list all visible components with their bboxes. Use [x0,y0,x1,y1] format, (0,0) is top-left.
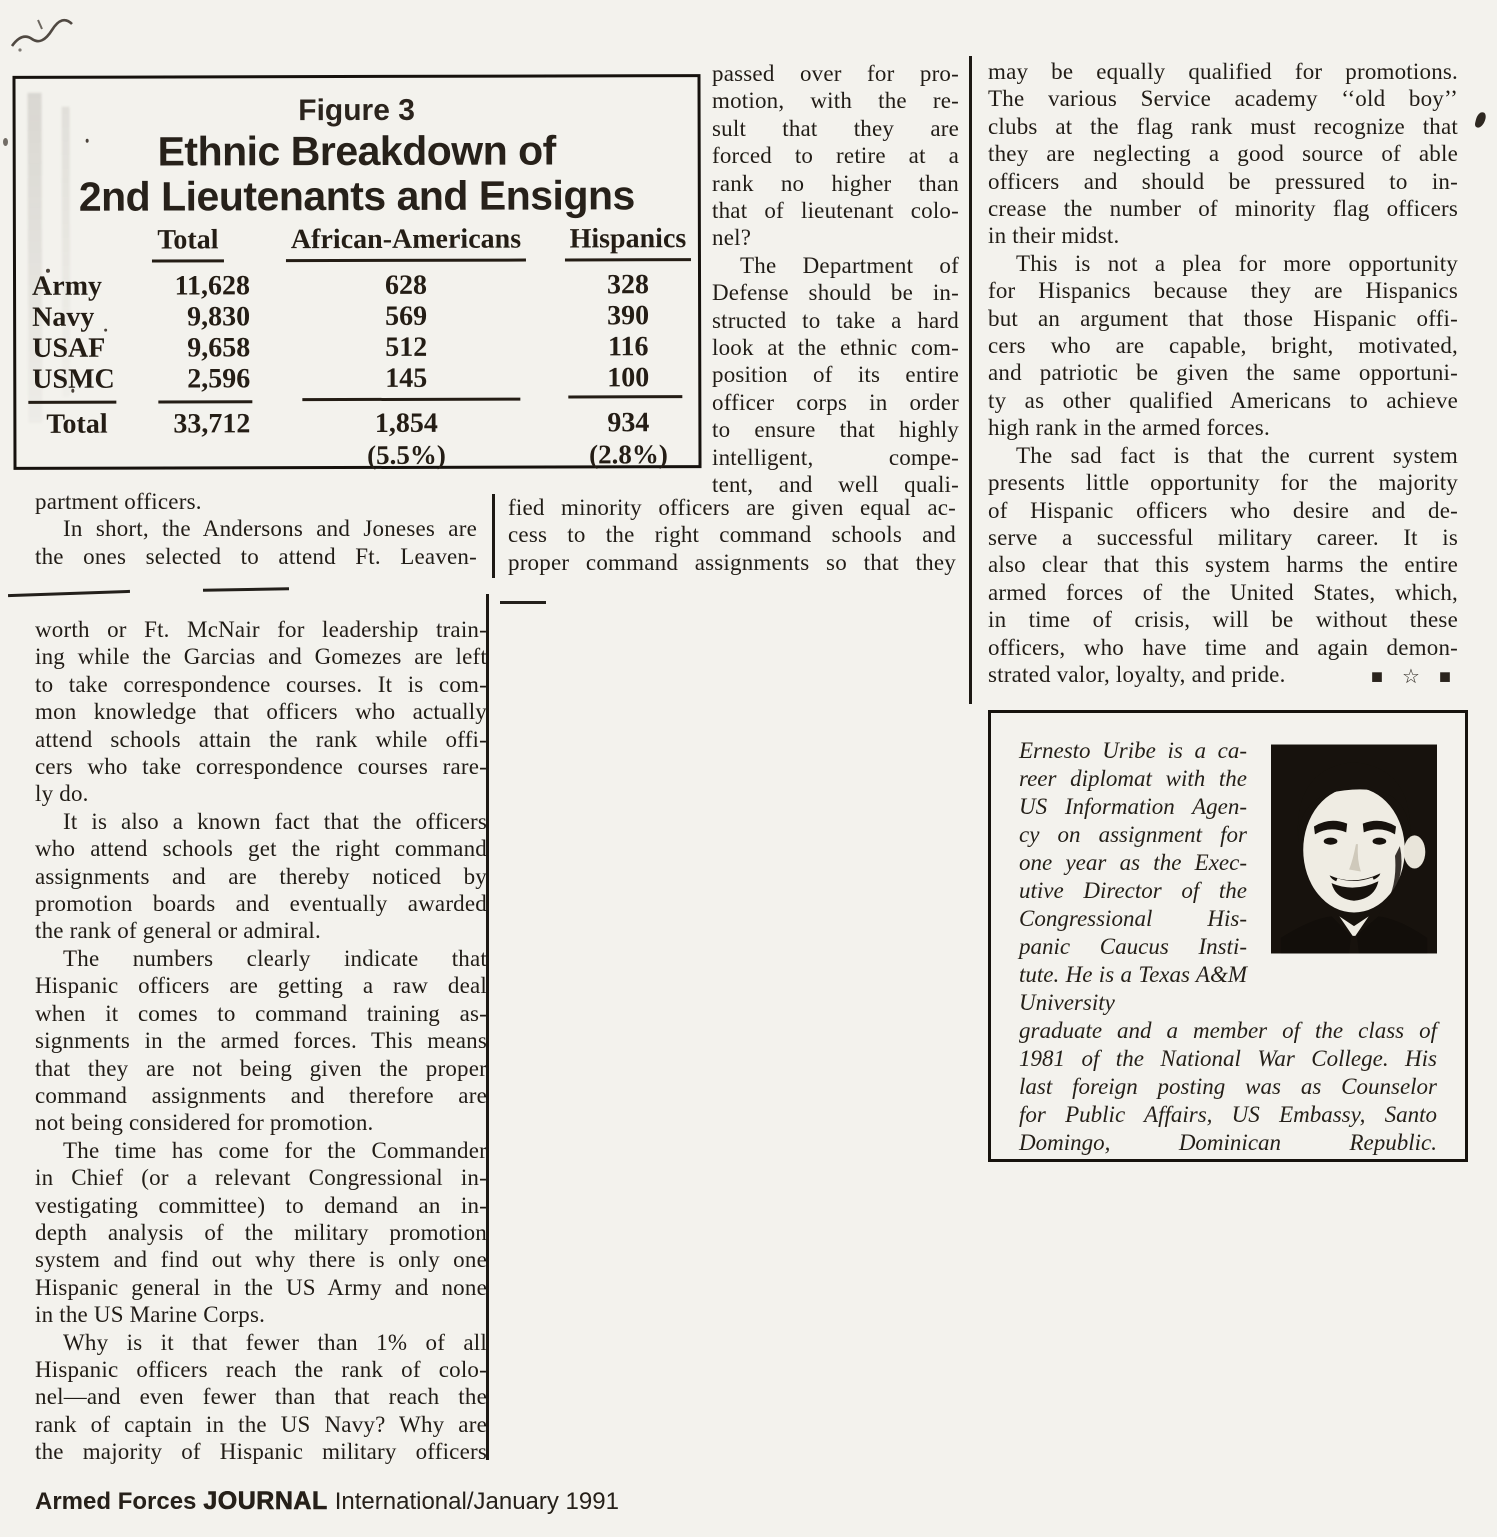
column-header-african-americans: African-Americans [286,224,526,263]
column-header-total: Total [126,224,250,262]
cell-total: 9,830 [126,301,250,333]
column-divider [969,56,972,704]
cell-total: 33,712 [126,408,250,440]
paragraph: This is not a plea for more opportunityf… [988,250,1458,442]
paragraph: The sad fact is that the current systemp… [988,442,1458,689]
figure-title-line1: Ethnic Breakdown of [16,127,698,176]
cell-hispanics: 390 [558,300,698,332]
ink-dot-artifact [3,138,8,146]
cell-percent-african-americans: (5.5%) [286,440,526,472]
footer-brand: Armed Forces [35,1488,196,1515]
paragraph: It is also a known fact that the officer… [35,808,487,945]
portrait-illustration [1271,741,1437,957]
cell-hispanics: 100 [558,362,698,394]
author-bio-box: Ernesto Uribe is a ca-reer diplomat with… [988,710,1468,1162]
article-end-marks: ■ ☆ ■ [1366,664,1458,689]
section-rule [203,587,289,592]
column-divider [492,494,495,578]
cell-total: 11,628 [126,270,250,302]
figure-label: Figure 3 [16,93,698,129]
cell-african-americans: 145 [286,363,526,396]
cell-hispanics: 934 [558,407,698,439]
paragraph: may be equally qualified for promotions.… [988,58,1458,250]
table-row: USAF 9,658 512 116 [16,331,698,365]
author-portrait-photo [1271,741,1437,957]
column-divider [486,594,489,1460]
table-total-row: Total 33,712 1,854 934 [16,407,698,441]
cell-african-americans: 628 [286,270,526,303]
cell-total: 2,596 [126,363,250,395]
table-percent-row: (5.5%) (2.8%) [16,439,698,473]
left-column: worth or Ft. McNair for leadership train… [35,616,487,1466]
middle-column: passed over for pro-motion, with the re-… [712,60,959,499]
middle-continuation-block: fied minority officers are given equal a… [508,494,956,576]
paragraph: The Department ofDefense should be in-st… [712,252,959,499]
paragraph: partment officers. [35,488,477,515]
table-row: Army 11,628 628 328 [16,269,698,303]
cell-african-americans: 512 [286,332,526,365]
paragraph: The time has come for the Commanderin Ch… [35,1137,487,1329]
section-rule [8,590,130,597]
cell-total: 9,658 [126,332,250,364]
paragraph: The numbers clearly indicate thatHispani… [35,945,487,1137]
table-header-row: Total African-Americans Hispanics [16,223,698,257]
section-rule [500,601,546,604]
pen-squiggle-artifact [8,14,78,61]
column-header-hispanics: Hispanics [558,223,698,261]
cell-hispanics: 116 [558,331,698,363]
table-row: USMC 2,596 145 100 [16,362,698,396]
paragraph: passed over for pro-motion, with the re-… [712,60,959,252]
table-total-rule [15,77,697,79]
page-footer: Armed ForcesJOURNALInternational/January… [35,1487,619,1516]
cell-african-americans: 569 [286,301,526,334]
cell-hispanics: 328 [558,269,698,301]
table-row: Navy 9,830 569 390 [16,300,698,334]
figure-title-line2: 2nd Lieutenants and Ensigns [16,172,698,221]
paragraph: In short, the Andersons and Joneses aret… [35,515,477,570]
cell-african-americans: 1,854 [286,408,526,441]
footer-issue: International/January 1991 [335,1488,619,1515]
figure-3-table-box: Figure 3 Ethnic Breakdown of 2nd Lieuten… [12,74,701,470]
paragraph: fied minority officers are given equal a… [508,494,956,576]
ink-mark-artifact [1474,111,1487,129]
paragraph: worth or Ft. McNair for leadership train… [35,616,487,808]
paragraph: Why is it that fewer than 1% of allHispa… [35,1329,487,1466]
right-column: may be equally qualified for promotions.… [988,58,1458,688]
scanned-magazine-page: Figure 3 Ethnic Breakdown of 2nd Lieuten… [0,0,1497,1537]
left-top-block: partment officers. In short, the Anderso… [35,488,477,570]
footer-journal: JOURNAL [203,1487,327,1515]
cell-percent-hispanics: (2.8%) [558,439,698,470]
